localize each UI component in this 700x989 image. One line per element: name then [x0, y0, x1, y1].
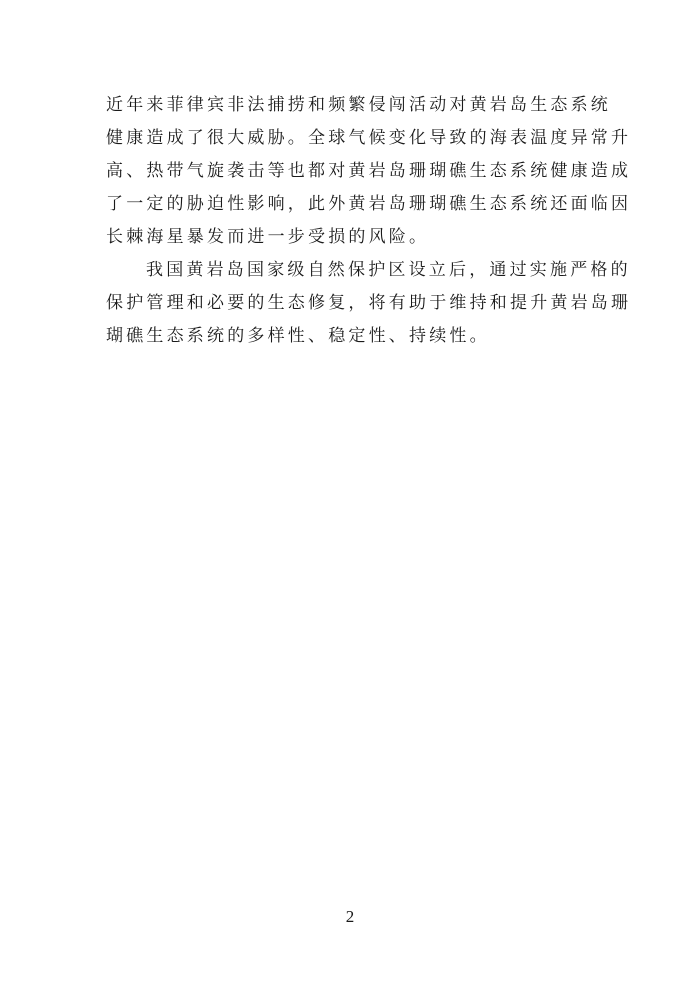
paragraph-2: 我国黄岩岛国家级自然保护区设立后，通过实施严格的 保护管理和必要的生态修复，将有… [106, 254, 596, 353]
document-page: 近年来菲律宾非法捕捞和频繁侵闯活动对黄岩岛生态系统 健康造成了很大威胁。全球气候… [0, 0, 700, 989]
text-line: 我国黄岩岛国家级自然保护区设立后，通过实施严格的 [106, 254, 596, 287]
paragraph-1: 近年来菲律宾非法捕捞和频繁侵闯活动对黄岩岛生态系统 健康造成了很大威胁。全球气候… [106, 89, 596, 254]
text-line: 近年来菲律宾非法捕捞和频繁侵闯活动对黄岩岛生态系统 [106, 89, 596, 122]
page-number: 2 [0, 907, 700, 927]
text-line: 了一定的胁迫性影响，此外黄岩岛珊瑚礁生态系统还面临因 [106, 188, 596, 221]
text-line: 瑚礁生态系统的多样性、稳定性、持续性。 [106, 320, 596, 353]
body-text: 近年来菲律宾非法捕捞和频繁侵闯活动对黄岩岛生态系统 健康造成了很大威胁。全球气候… [106, 89, 596, 353]
text-line: 健康造成了很大威胁。全球气候变化导致的海表温度异常升 [106, 122, 596, 155]
text-line: 高、热带气旋袭击等也都对黄岩岛珊瑚礁生态系统健康造成 [106, 155, 596, 188]
text-line: 保护管理和必要的生态修复，将有助于维持和提升黄岩岛珊 [106, 287, 596, 320]
text-line: 长棘海星暴发而进一步受损的风险。 [106, 221, 596, 254]
